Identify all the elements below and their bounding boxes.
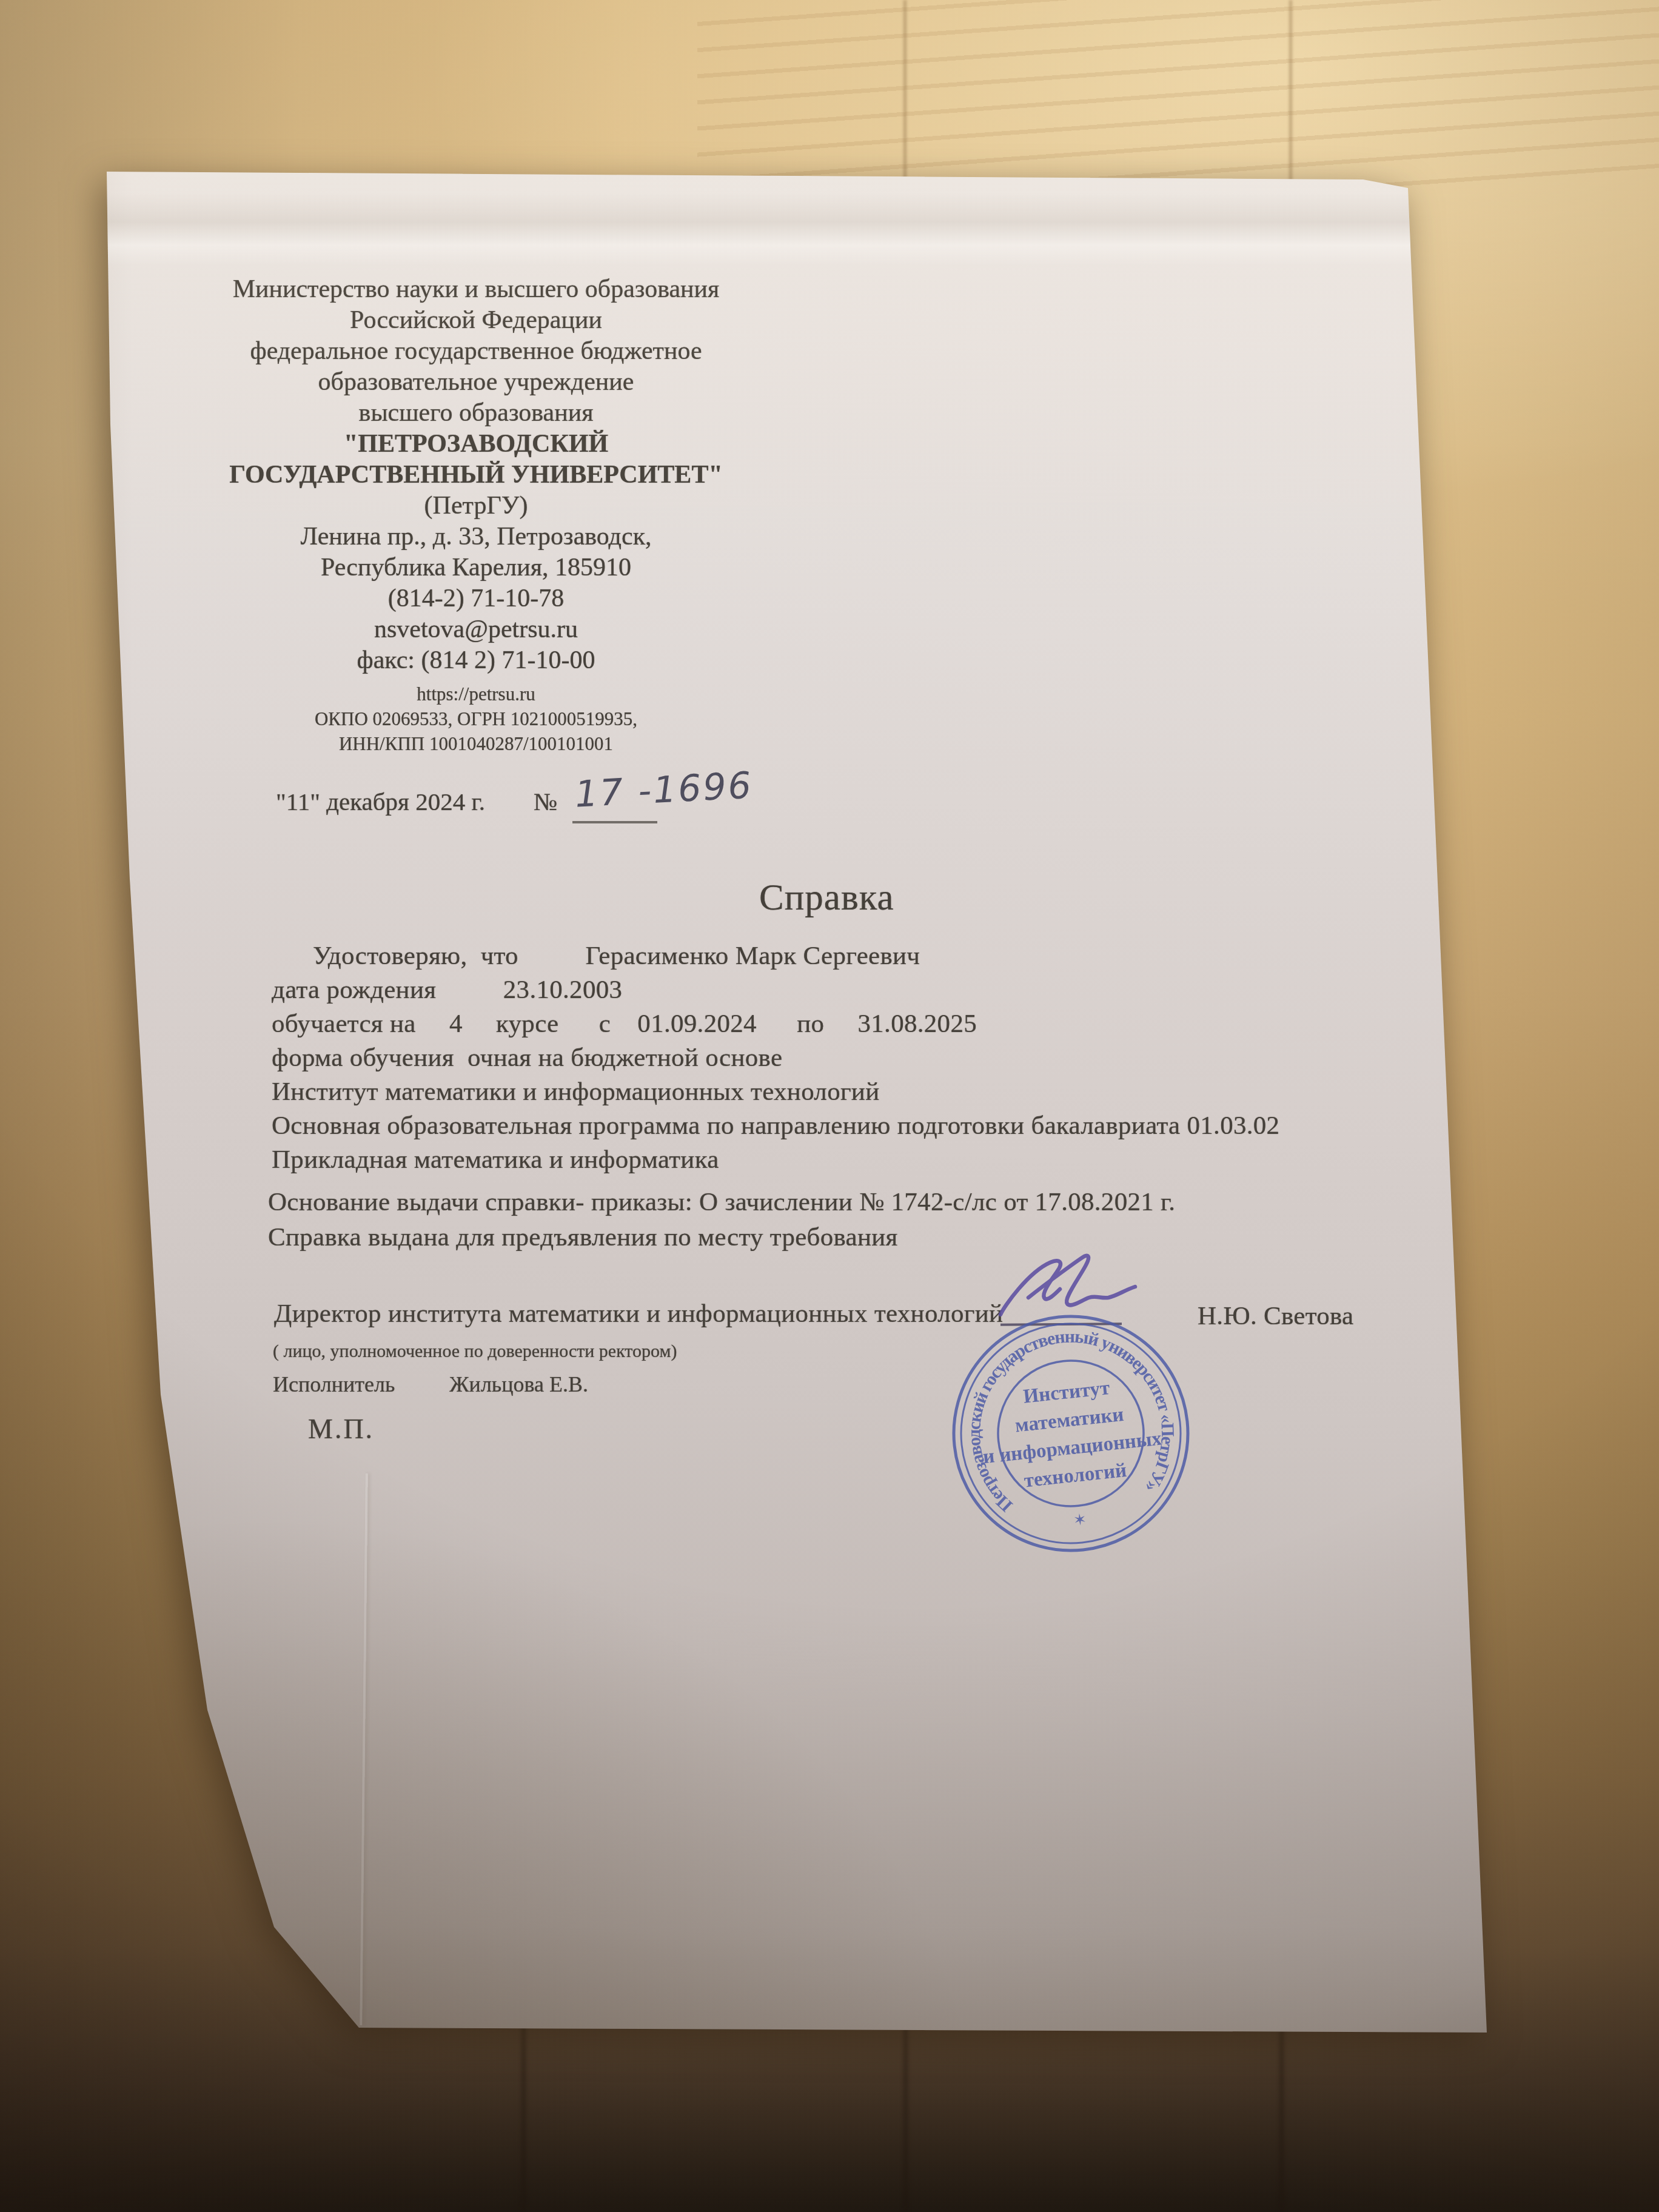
body-line-institute: Институт математики и информационных тех… (272, 1077, 880, 1107)
university-stamp: Петрозаводский государственный университ… (943, 1306, 1198, 1561)
purpose-line: Справка выдана для предъявления по месту… (268, 1222, 898, 1252)
paper-corner-fold (1357, 173, 1418, 184)
address-line: Республика Карелия, 185910 (185, 552, 767, 583)
phone-line: (814-2) 71-10-78 (185, 583, 767, 614)
stamp-center-line: технологий (1023, 1460, 1128, 1492)
body-line-course: обучается на 4 курсе с 01.09.2024 по 31.… (272, 1009, 977, 1039)
executor-line: Исполнитель Жильцова Е.В. (273, 1372, 588, 1397)
number-sign: № (534, 787, 557, 816)
paper-shadow-wrap: Министерство науки и высшего образования… (0, 0, 1659, 2212)
document-title: Справка (759, 877, 894, 919)
stamp-place-label: М.П. (308, 1413, 374, 1445)
ministry-line: образовательное учреждение (185, 367, 767, 398)
fax-line: факс: (814 2) 71-10-00 (185, 645, 767, 676)
university-name-line: "ПЕТРОЗАВОДСКИЙ (185, 429, 767, 460)
okpo-ogrn-line: ОКПО 02069533, ОГРН 1021000519935, (185, 706, 767, 731)
registry-block: https://petrsu.ru ОКПО 02069533, ОГРН 10… (185, 682, 767, 756)
certificate-number-handwritten: 17 -1696 (574, 764, 754, 816)
paper-sheet: Министерство науки и высшего образования… (0, 0, 1659, 2212)
website-line: https://petrsu.ru (185, 682, 767, 706)
director-title: Директор института математики и информац… (274, 1299, 1003, 1329)
stamp-center-line: Институт (1022, 1377, 1111, 1408)
paper-crease (107, 193, 1410, 266)
inn-kpp-line: ИНН/КПП 1001040287/100101001 (185, 731, 767, 756)
university-abbr: (ПетрГУ) (185, 491, 767, 521)
stamp-center-line: и информационных (982, 1427, 1163, 1468)
body-line-study-form: форма обучения очная на бюджетной основе (272, 1043, 782, 1073)
letterhead: Министерство науки и высшего образования… (185, 274, 767, 756)
director-name: Н.Ю. Светова (1198, 1301, 1353, 1331)
body-line-program: Основная образовательная программа по на… (272, 1111, 1279, 1141)
ministry-line: Российской Федерации (185, 305, 767, 336)
paper-crease (360, 1473, 368, 2025)
document-photo: Министерство науки и высшего образования… (0, 0, 1659, 2212)
body-line-speciality: Прикладная математика и информатика (272, 1145, 719, 1175)
authorized-note: ( лицо, уполномоченное по доверенности р… (273, 1341, 677, 1362)
basis-line: Основание выдачи справки- приказы: О зач… (268, 1187, 1175, 1217)
university-name-line: ГОСУДАРСТВЕННЫЙ УНИВЕРСИТЕТ" (185, 460, 767, 491)
ministry-line: высшего образования (185, 398, 767, 429)
ministry-line: федеральное государственное бюджетное (185, 336, 767, 367)
issue-date: "11" декабря 2024 г. (276, 787, 485, 816)
ministry-line: Министерство науки и высшего образования (185, 274, 767, 305)
address-line: Ленина пр., д. 33, Петрозаводск, (185, 521, 767, 552)
body-line-birthdate: дата рождения 23.10.2003 (272, 975, 622, 1005)
email-line: nsvetova@petrsu.ru (185, 614, 767, 645)
stamp-star-icon: ✶ (1073, 1510, 1088, 1529)
stamp-center-line: математики (1014, 1404, 1125, 1437)
body-line-certify: Удостоверяю, что Герасименко Марк Сергее… (313, 941, 920, 971)
number-underline (572, 821, 657, 823)
